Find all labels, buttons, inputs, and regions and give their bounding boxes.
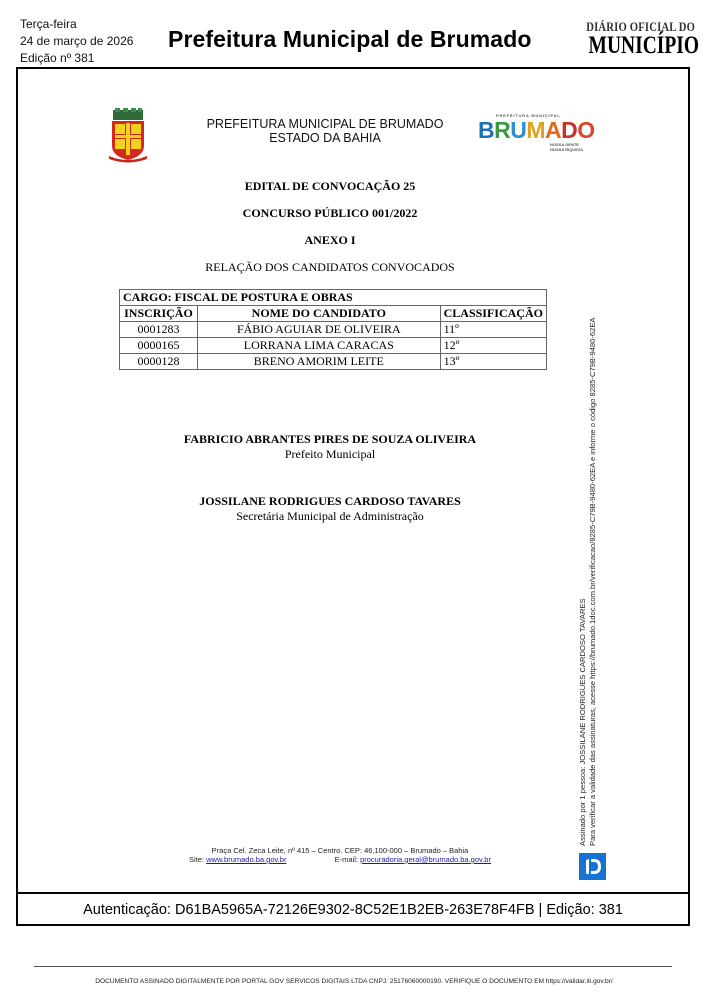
digital-signature-stamp: Assinado por 1 pessoa: JOSSILANE RODRIGU… xyxy=(578,318,598,847)
cell-nome: LORRANA LIMA CARACAS xyxy=(197,338,440,354)
stamp-signed-by: Assinado por 1 pessoa: JOSSILANE RODRIGU… xyxy=(578,318,588,847)
authentication-code: Autenticação: D61BA5965A-72126E9302-8C52… xyxy=(16,894,690,926)
cell-inscricao: 0000165 xyxy=(120,338,198,354)
cargo-label: CARGO: FISCAL DE POSTURA E OBRAS xyxy=(120,290,547,306)
brumado-letter: M xyxy=(526,117,545,143)
email-link[interactable]: procuradoria.geral@brumado.ba.gov.br xyxy=(360,855,491,864)
brumado-letter: U xyxy=(510,117,526,143)
signer-role: Secretária Municipal de Administração xyxy=(120,509,540,524)
cell-inscricao: 0000128 xyxy=(120,354,198,370)
brumado-logo: PREFEITURA MUNICIPAL BRUMADO NOSSA GENTE… xyxy=(478,113,592,155)
issue-info: Terça-feira 24 de março de 2026 Edição n… xyxy=(20,16,133,67)
issue-weekday: Terça-feira xyxy=(20,16,133,33)
cell-nome: BRENO AMORIM LEITE xyxy=(197,354,440,370)
col-nome: NOME DO CANDIDATO xyxy=(197,306,440,322)
signer-name: JOSSILANE RODRIGUES CARDOSO TAVARES xyxy=(120,494,540,509)
brand-line-2: MUNICÍPIO xyxy=(589,34,678,58)
brumado-logo-tagline: NOSSA GENTE NOSSA RIQUEZA xyxy=(550,142,583,152)
page-title: Prefeitura Municipal de Brumado xyxy=(168,26,532,53)
table-row: 0001283 FÁBIO AGUIAR DE OLIVEIRA 11º xyxy=(120,322,547,338)
brumado-letter: A xyxy=(545,117,561,143)
cargo-row: CARGO: FISCAL DE POSTURA E OBRAS xyxy=(120,290,547,306)
cell-nome: FÁBIO AGUIAR DE OLIVEIRA xyxy=(197,322,440,338)
brumado-letter: O xyxy=(577,117,594,143)
brumado-letter: R xyxy=(494,117,510,143)
col-inscricao: INSCRIÇÃO xyxy=(120,306,198,322)
institution-name: PREFEITURA MUNICIPAL DE BRUMADO xyxy=(190,117,460,131)
candidates-table: CARGO: FISCAL DE POSTURA E OBRAS INSCRIÇ… xyxy=(119,289,547,370)
institution-state: ESTADO DA BAHIA xyxy=(190,131,460,145)
brumado-letter: B xyxy=(478,117,494,143)
cell-classificacao: 12º xyxy=(440,338,546,354)
bottom-divider xyxy=(34,966,672,967)
issue-date: 24 de março de 2026 xyxy=(20,33,133,50)
signature-block-secretary: JOSSILANE RODRIGUES CARDOSO TAVARES Secr… xyxy=(120,494,540,524)
relacao-title: RELAÇÃO DOS CANDIDATOS CONVOCADOS xyxy=(120,260,540,275)
cell-inscricao: 0001283 xyxy=(120,322,198,338)
signature-block-mayor: FABRICIO ABRANTES PIRES DE SOUZA OLIVEIR… xyxy=(120,432,540,462)
signer-role: Prefeito Municipal xyxy=(120,447,540,462)
issue-edition: Edição nº 381 xyxy=(20,50,133,67)
address-line: Praça Cel. Zeca Leite, nº 415 – Centro. … xyxy=(150,846,530,855)
stamp-verify-link[interactable]: Para verificar a validade das assinatura… xyxy=(588,318,598,847)
table-row: 0000165 LORRANA LIMA CARACAS 12º xyxy=(120,338,547,354)
cell-classificacao: 13º xyxy=(440,354,546,370)
cell-classificacao: 11º xyxy=(440,322,546,338)
signer-name: FABRICIO ABRANTES PIRES DE SOUZA OLIVEIR… xyxy=(120,432,540,447)
concurso-title: CONCURSO PÚBLICO 001/2022 xyxy=(120,206,540,221)
contact-line: Site: www.brumado.ba.gov.br E-mail: proc… xyxy=(150,855,530,864)
table-row: 0000128 BRENO AMORIM LEITE 13º xyxy=(120,354,547,370)
brumado-logo-word: BRUMADO xyxy=(478,118,595,142)
col-classificacao: CLASSIFICAÇÃO xyxy=(440,306,546,322)
1doc-logo-icon xyxy=(579,853,606,880)
address-block: Praça Cel. Zeca Leite, nº 415 – Centro. … xyxy=(150,846,530,864)
institution-heading: PREFEITURA MUNICIPAL DE BRUMADO ESTADO D… xyxy=(190,117,460,145)
coat-of-arms-icon xyxy=(106,108,150,164)
table-header-row: INSCRIÇÃO NOME DO CANDIDATO CLASSIFICAÇÃ… xyxy=(120,306,547,322)
brumado-letter: D xyxy=(561,117,577,143)
diario-oficial-logo: DIÁRIO OFICIAL DO MUNICÍPIO xyxy=(576,20,690,58)
digital-signature-note: DOCUMENTO ASSINADO DIGITALMENTE POR PORT… xyxy=(0,978,708,985)
anexo-title: ANEXO I xyxy=(120,233,540,248)
edital-title: EDITAL DE CONVOCAÇÃO 25 xyxy=(120,179,540,194)
site-link[interactable]: www.brumado.ba.gov.br xyxy=(206,855,286,864)
